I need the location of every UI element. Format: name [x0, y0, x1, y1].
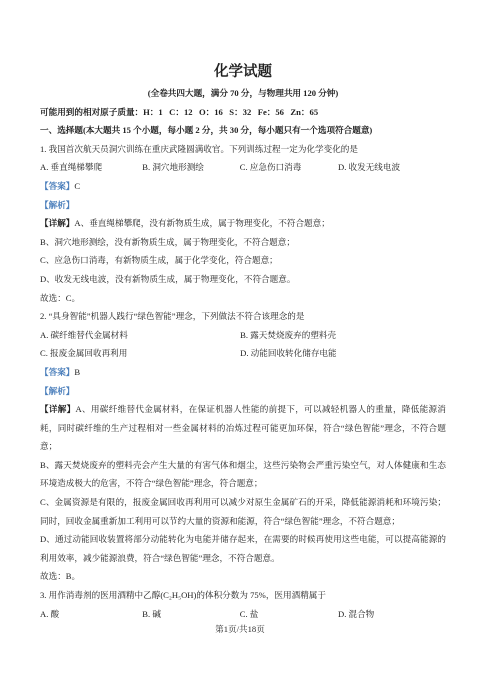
answer-label: 【答案】 [40, 367, 74, 377]
question-2-options-row-2: C. 报废金属回收再利用 D. 动能回收转化储存电能 [40, 344, 446, 363]
question-1-answer-value: C [74, 181, 80, 191]
question-3-option-a: A. 酸 [40, 605, 142, 624]
question-2-option-c: C. 报废金属回收再利用 [40, 344, 240, 363]
question-1-answer-line: 【答案】C [40, 177, 446, 196]
question-2-detail-a: 【详解】A、用碳纤维替代金属材料，在保证机器人性能的前提下，可以减轻机器人的重量… [40, 400, 446, 456]
question-1-option-b: B. 洞穴地形测绘 [142, 158, 239, 177]
page-footer: 第1页/共18页 [0, 623, 480, 635]
question-2-conclusion: 故选：B。 [40, 567, 446, 586]
question-3-options: A. 酸 B. 碱 C. 盐 D. 混合物 [40, 605, 446, 624]
question-2-option-b: B. 露天焚烧废弃的塑料壳 [240, 326, 446, 345]
question-1-detail-d: D、收发无线电波，没有新物质生成，属于物理变化，不符合题意。 [40, 270, 446, 289]
analysis-label: 【解析】 [40, 386, 74, 396]
question-2-detail-c: C、金属资源是有限的，报废金属回收再利用可以减少对原生金属矿石的开采，降低能源消… [40, 493, 446, 530]
question-1-detail-c: C、应急伤口消毒，有新物质生成，属于化学变化，符合题意； [40, 251, 446, 270]
question-1-options: A. 垂直绳梯攀爬 B. 洞穴地形测绘 C. 应急伤口消毒 D. 收发无线电波 [40, 158, 446, 177]
question-1-analysis-line: 【解析】 [40, 196, 446, 215]
question-2-detail-b: B、露天焚烧废弃的塑料壳会产生大量的有害气体和烟尘，这些污染物会严重污染空气，对… [40, 456, 446, 493]
question-2-analysis-line: 【解析】 [40, 382, 446, 401]
page-content: 化学试题 (全卷共四大题，满分 70 分，与物理共用 120 分钟) 可能用到的… [40, 60, 446, 623]
atomic-mass-line: 可能用到的相对原子质量：H：1 C：12 O：16 S：32 Fe：56 Zn：… [40, 103, 446, 122]
question-1-option-a: A. 垂直绳梯攀爬 [40, 158, 142, 177]
question-2-detail-a-text: A、用碳纤维替代金属材料，在保证机器人性能的前提下，可以减轻机器人的重量，降低能… [40, 404, 446, 451]
answer-label: 【答案】 [40, 181, 74, 191]
question-2-answer-value: B [74, 367, 80, 377]
question-2-option-d: D. 动能回收转化储存电能 [240, 344, 446, 363]
question-2: 2. “具身智能”机器人践行“绿色智能”理念，下列做法不符合该理念的是 A. 碳… [40, 307, 446, 586]
page-title: 化学试题 [40, 62, 446, 82]
question-2-option-a: A. 碳纤维替代金属材料 [40, 326, 240, 345]
exam-subtitle: (全卷共四大题，满分 70 分，与物理共用 120 分钟) [40, 84, 446, 103]
question-2-options-row-1: A. 碳纤维替代金属材料 B. 露天焚烧废弃的塑料壳 [40, 326, 446, 345]
exam-document-page: 化学试题 (全卷共四大题，满分 70 分，与物理共用 120 分钟) 可能用到的… [0, 0, 480, 679]
question-3-option-d: D. 混合物 [338, 605, 446, 624]
question-1-conclusion: 故选：C。 [40, 289, 446, 308]
question-2-answer-line: 【答案】B [40, 363, 446, 382]
question-3: 3. 用作消毒剂的医用酒精中乙醇(C₂H₅OH)的体积分数为 75%，医用酒精属… [40, 586, 446, 623]
question-1-option-c: C. 应急伤口消毒 [240, 158, 338, 177]
question-3-option-c: C. 盐 [240, 605, 338, 624]
question-3-stem: 3. 用作消毒剂的医用酒精中乙醇(C₂H₅OH)的体积分数为 75%，医用酒精属… [40, 586, 446, 605]
question-1-option-d: D. 收发无线电波 [338, 158, 446, 177]
question-2-stem: 2. “具身智能”机器人践行“绿色智能”理念，下列做法不符合该理念的是 [40, 307, 446, 326]
question-1-detail-a-text: A、垂直绳梯攀爬，没有新物质生成，属于物理变化，不符合题意； [74, 218, 329, 228]
analysis-label: 【解析】 [40, 200, 74, 210]
detail-label: 【详解】 [40, 404, 76, 414]
question-2-detail-d: D、通过动能回收装置将部分动能转化为电能并储存起来，在需要的时候再使用这些电能，… [40, 530, 446, 567]
question-1-stem: 1. 我国首次航天员洞穴训练在重庆武隆圆满收官。下列训练过程一定为化学变化的是 [40, 140, 446, 159]
question-3-option-b: B. 碱 [142, 605, 239, 624]
question-1-detail-a: 【详解】A、垂直绳梯攀爬，没有新物质生成，属于物理变化，不符合题意； [40, 214, 446, 233]
detail-label: 【详解】 [40, 218, 74, 228]
section-header: 一、选择题(本大题共 15 个小题，每小题 2 分，共 30 分，每小题只有一个… [40, 121, 446, 140]
question-1-detail-b: B、洞穴地形测绘，没有新物质生成，属于物理变化，不符合题意； [40, 233, 446, 252]
question-1: 1. 我国首次航天员洞穴训练在重庆武隆圆满收官。下列训练过程一定为化学变化的是 … [40, 140, 446, 307]
